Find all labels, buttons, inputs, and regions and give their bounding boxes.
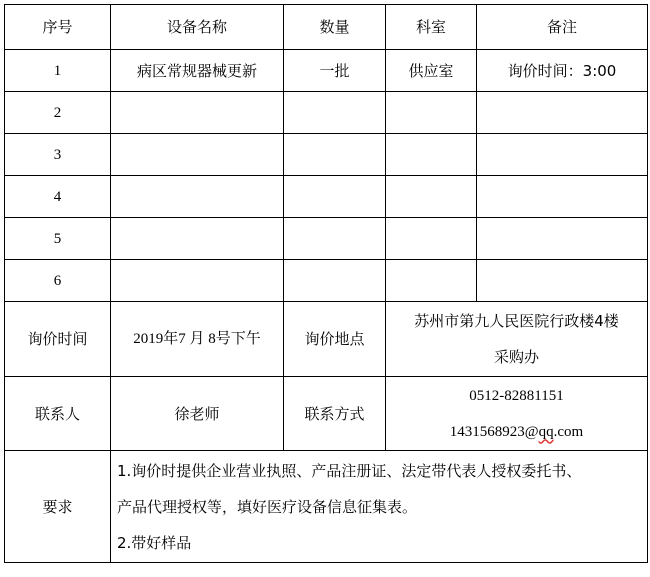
table-row: 2 [5, 92, 648, 134]
header-no: 序号 [5, 5, 111, 50]
row-no: 5 [5, 218, 111, 260]
row-device-name: 病区常规器械更新 [111, 50, 284, 92]
contact-email[interactable]: 1431568923@qq.com [386, 414, 647, 450]
row-quantity [284, 260, 386, 302]
row-device-name [111, 260, 284, 302]
inquiry-time-row: 询价时间 2019年7 月 8号下午 询价地点 苏州市第九人民医院行政楼4楼 采… [5, 302, 648, 377]
requirements-row: 要求 1.询价时提供企业营业执照、产品注册证、法定带代表人授权委托书、 产品代理… [5, 451, 648, 563]
header-department: 科室 [386, 5, 477, 50]
requirement-line-2: 产品代理授权等，填好医疗设备信息征集表。 [117, 489, 647, 525]
row-department: 供应室 [386, 50, 477, 92]
table-header-row: 序号 设备名称 数量 科室 备注 [5, 5, 648, 50]
row-no: 1 [5, 50, 111, 92]
row-note [477, 176, 648, 218]
table-row: 3 [5, 134, 648, 176]
requirements-content: 1.询价时提供企业营业执照、产品注册证、法定带代表人授权委托书、 产品代理授权等… [111, 451, 648, 563]
inquiry-time-label: 询价时间 [5, 302, 111, 377]
row-no: 3 [5, 134, 111, 176]
row-no: 2 [5, 92, 111, 134]
row-quantity [284, 176, 386, 218]
contact-person-value: 徐老师 [111, 377, 284, 451]
row-note [477, 134, 648, 176]
table-row: 5 [5, 218, 648, 260]
row-department [386, 176, 477, 218]
email-prefix: 1431568923@ [450, 424, 539, 440]
inquiry-place-value: 苏州市第九人民医院行政楼4楼 采购办 [386, 302, 648, 377]
inquiry-place-line1: 苏州市第九人民医院行政楼4楼 [386, 303, 647, 339]
inquiry-time-value: 2019年7 月 8号下午 [111, 302, 284, 377]
header-device-name: 设备名称 [111, 5, 284, 50]
table-row: 4 [5, 176, 648, 218]
row-device-name [111, 134, 284, 176]
row-quantity: 一批 [284, 50, 386, 92]
table-row: 6 [5, 260, 648, 302]
contact-method-label: 联系方式 [284, 377, 386, 451]
row-no: 6 [5, 260, 111, 302]
row-device-name [111, 92, 284, 134]
row-note [477, 260, 648, 302]
row-department [386, 218, 477, 260]
row-note: 询价时间：3:00 [477, 50, 648, 92]
contact-person-label: 联系人 [5, 377, 111, 451]
row-department [386, 134, 477, 176]
row-device-name [111, 218, 284, 260]
row-note [477, 218, 648, 260]
email-suffix: .com [554, 424, 584, 440]
inquiry-place-label: 询价地点 [284, 302, 386, 377]
requirement-line-3: 2.带好样品 [117, 525, 647, 561]
contact-row: 联系人 徐老师 联系方式 0512-82881151 1431568923@qq… [5, 377, 648, 451]
row-department [386, 92, 477, 134]
inquiry-table: 序号 设备名称 数量 科室 备注 1 病区常规器械更新 一批 供应室 询价时间：… [4, 4, 648, 563]
row-device-name [111, 176, 284, 218]
header-note: 备注 [477, 5, 648, 50]
row-quantity [284, 92, 386, 134]
email-domain-spellcheck: qq [539, 424, 554, 440]
header-quantity: 数量 [284, 5, 386, 50]
row-no: 4 [5, 176, 111, 218]
contact-phone: 0512-82881151 [386, 378, 647, 414]
requirement-line-1: 1.询价时提供企业营业执照、产品注册证、法定带代表人授权委托书、 [117, 453, 647, 489]
row-department [386, 260, 477, 302]
row-quantity [284, 134, 386, 176]
inquiry-place-line2: 采购办 [386, 339, 647, 375]
row-note [477, 92, 648, 134]
row-quantity [284, 218, 386, 260]
table-row: 1 病区常规器械更新 一批 供应室 询价时间：3:00 [5, 50, 648, 92]
contact-method-value: 0512-82881151 1431568923@qq.com [386, 377, 648, 451]
requirements-label: 要求 [5, 451, 111, 563]
